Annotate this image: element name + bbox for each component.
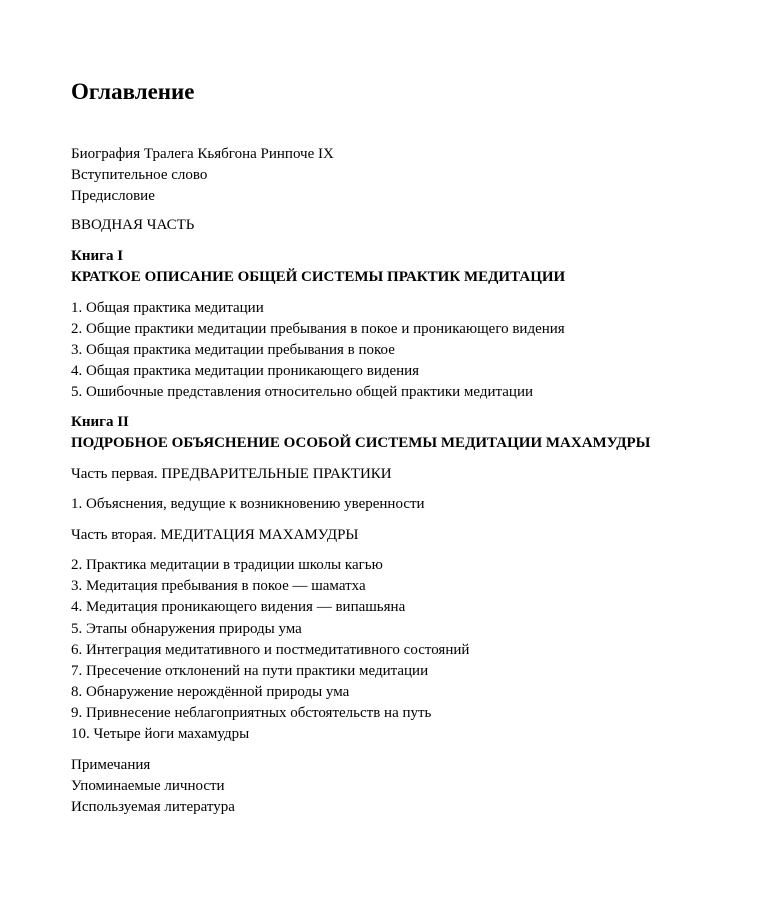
- part-2-title[interactable]: Часть вторая. МЕДИТАЦИЯ МАХАМУДРЫ: [71, 525, 359, 545]
- toc-chapter[interactable]: 7. Пресечение отклонений на пути практик…: [71, 661, 428, 681]
- toc-chapter[interactable]: 2. Практика медитации в традиции школы к…: [71, 555, 383, 575]
- toc-chapter[interactable]: 3. Медитация пребывания в покое — шаматх…: [71, 576, 366, 596]
- toc-chapter[interactable]: 1. Общая практика медитации: [71, 298, 264, 318]
- toc-chapter[interactable]: 9. Привнесение неблагоприятных обстоятел…: [71, 703, 431, 723]
- book-2-label: Книга II: [71, 412, 129, 432]
- toc-item-bibliography[interactable]: Используемая литература: [71, 797, 235, 817]
- toc-chapter[interactable]: 5. Этапы обнаружения природы ума: [71, 619, 302, 639]
- book-2-title[interactable]: ПОДРОБНОЕ ОБЪЯСНЕНИЕ ОСОБОЙ СИСТЕМЫ МЕДИ…: [71, 433, 650, 453]
- book-1-title[interactable]: КРАТКОЕ ОПИСАНИЕ ОБЩЕЙ СИСТЕМЫ ПРАКТИК М…: [71, 267, 565, 287]
- toc-chapter[interactable]: 4. Общая практика медитации проникающего…: [71, 361, 419, 381]
- toc-item-foreword[interactable]: Вступительное слово: [71, 165, 207, 185]
- toc-chapter[interactable]: 2. Общие практики медитации пребывания в…: [71, 319, 565, 339]
- toc-item-persons[interactable]: Упоминаемые личности: [71, 776, 225, 796]
- toc-chapter[interactable]: 6. Интеграция медитативного и постмедита…: [71, 640, 469, 660]
- page-title: Оглавление: [71, 78, 195, 106]
- toc-chapter[interactable]: 10. Четыре йоги махамудры: [71, 724, 249, 744]
- toc-chapter[interactable]: 3. Общая практика медитации пребывания в…: [71, 340, 395, 360]
- book-1-label: Книга I: [71, 246, 123, 266]
- toc-chapter[interactable]: 4. Медитация проникающего видения — випа…: [71, 597, 405, 617]
- toc-item-introduction[interactable]: ВВОДНАЯ ЧАСТЬ: [71, 215, 194, 235]
- toc-chapter[interactable]: 5. Ошибочные представления относительно …: [71, 382, 533, 402]
- toc-item-preface[interactable]: Предисловие: [71, 186, 155, 206]
- toc-chapter[interactable]: 1. Объяснения, ведущие к возникновению у…: [71, 494, 425, 514]
- toc-chapter[interactable]: 8. Обнаружение нерождённой природы ума: [71, 682, 349, 702]
- toc-item-biography[interactable]: Биография Тралега Кьябгона Ринпоче IX: [71, 144, 334, 164]
- part-1-title[interactable]: Часть первая. ПРЕДВАРИТЕЛЬНЫЕ ПРАКТИКИ: [71, 464, 392, 484]
- toc-item-notes[interactable]: Примечания: [71, 755, 150, 775]
